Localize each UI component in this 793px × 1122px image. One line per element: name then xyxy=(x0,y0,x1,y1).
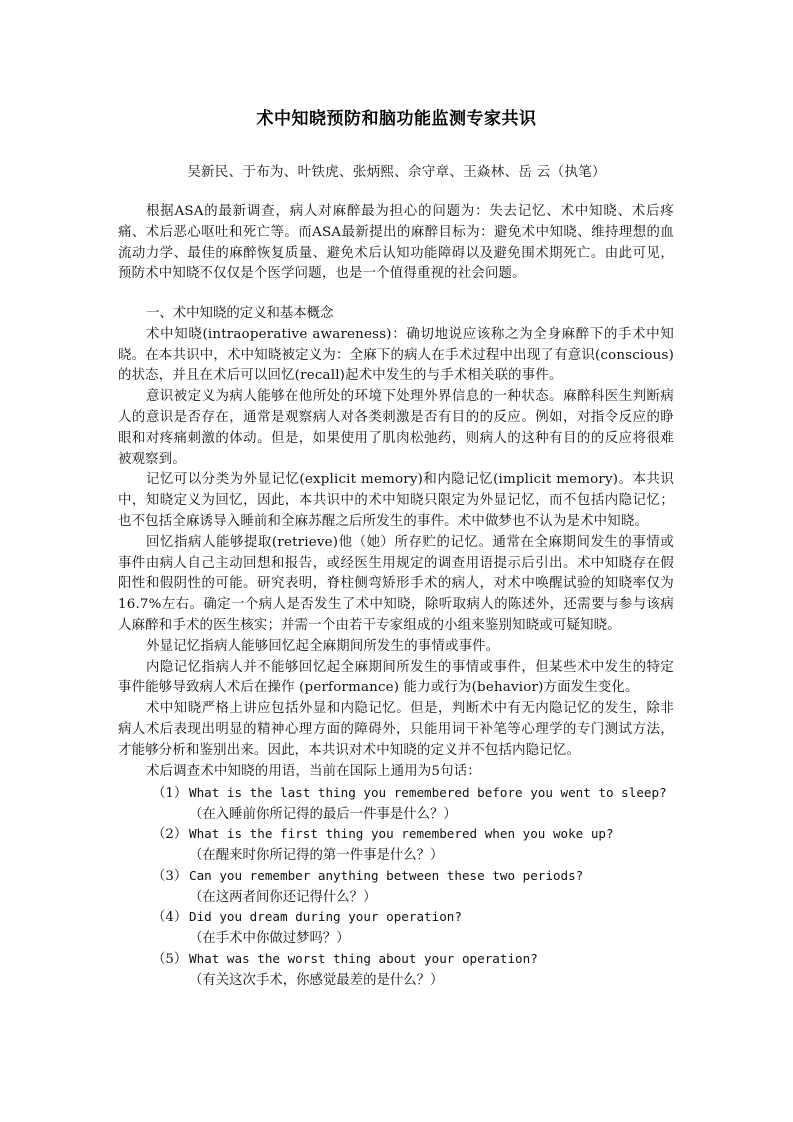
paragraph-explicit-memory: 外显记忆指病人能够回忆起全麻期间所发生的事情或事件。 xyxy=(118,637,674,658)
author-line: 吴新民、于布为、叶铁虎、张炳熙、佘守章、王焱林、岳 云（执笔） xyxy=(0,160,793,180)
question-chinese: （在手术中你做过梦吗？） xyxy=(152,929,462,950)
document-title: 术中知晓预防和脑功能监测专家共识 xyxy=(0,104,793,129)
question-english: Did you dream during your operation? xyxy=(189,909,462,924)
question-item: （4）Did you dream during your operation? … xyxy=(152,907,462,950)
question-number: （4） xyxy=(152,908,189,929)
paragraph-implicit-memory: 内隐记忆指病人并不能够回忆起全麻期间所发生的事情或事件，但某些术中发生的特定事件… xyxy=(118,658,674,700)
question-chinese: （在醒来时你所记得的第一件事是什么？） xyxy=(152,846,614,867)
question-chinese: （在入睡前你所记得的最后一件事是什么？） xyxy=(152,805,667,826)
question-item: （5）What was the worst thing about your o… xyxy=(152,949,538,992)
question-item: （1）What is the last thing you remembered… xyxy=(152,783,667,826)
question-item: （3）Can you remember anything between the… xyxy=(152,866,583,909)
question-chinese: （有关这次手术，你感觉最差的是什么？） xyxy=(152,971,538,992)
question-number: （3） xyxy=(152,867,189,888)
question-number: （1） xyxy=(152,784,189,805)
question-chinese: （在这两者间你还记得什么？） xyxy=(152,888,583,909)
section-heading: 一、术中知晓的定义和基本概念 xyxy=(118,304,674,325)
paragraph-strict-definition: 术中知晓严格上讲应包括外显和内隐记忆。但是，判断术中有无内隐记忆的发生，除非病人… xyxy=(118,699,674,761)
question-item: （2）What is the first thing you remembere… xyxy=(152,824,614,867)
question-english: What was the worst thing about your oper… xyxy=(189,951,538,966)
question-number: （5） xyxy=(152,950,189,971)
paragraph-definition: 术中知晓(intraoperative awareness)：确切地说应该称之为… xyxy=(118,325,674,387)
question-english: What is the last thing you remembered be… xyxy=(189,785,667,800)
paragraph-recall: 回忆指病人能够提取(retrieve)他（她）所存贮的记忆。通常在全麻期间发生的… xyxy=(118,533,674,637)
paragraph-consciousness: 意识被定义为病人能够在他所处的环境下处理外界信息的一种状态。麻醉科医生判断病人的… xyxy=(118,387,674,470)
paragraph-memory: 记忆可以分类为外显记忆(explicit memory)和内隐记忆(implic… xyxy=(118,470,674,532)
question-number: （2） xyxy=(152,825,189,846)
intro-paragraph: 根据ASA的最新调查，病人对麻醉最为担心的问题为：失去记忆、术中知晓、术后疼痛、… xyxy=(118,202,674,285)
section-1: 一、术中知晓的定义和基本概念 术中知晓(intraoperative aware… xyxy=(118,304,674,782)
question-english: Can you remember anything between these … xyxy=(189,868,583,883)
question-english: What is the first thing you remembered w… xyxy=(189,826,614,841)
intro-block: 根据ASA的最新调查，病人对麻醉最为担心的问题为：失去记忆、术中知晓、术后疼痛、… xyxy=(118,202,674,285)
paragraph-survey-intro: 术后调查术中知晓的用语，当前在国际上通用为5句话： xyxy=(118,762,674,783)
